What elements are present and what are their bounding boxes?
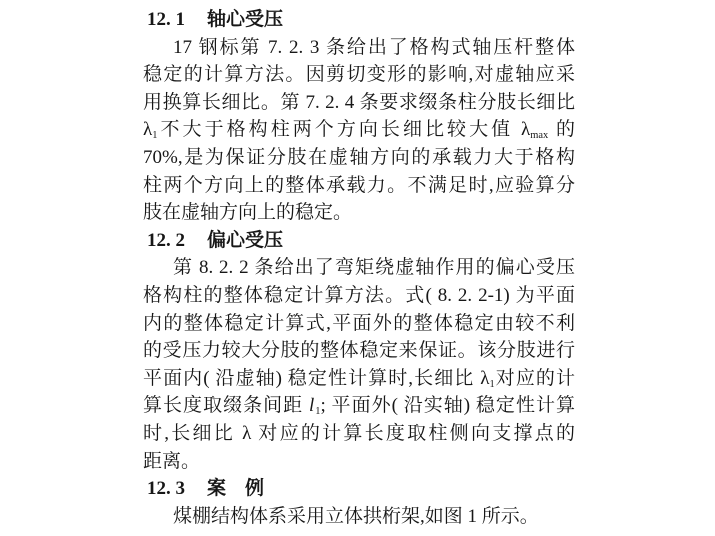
heading-title: 案 例 xyxy=(207,478,264,499)
text-run: 平面内( 沿虚轴) 稳定性计算时,长细比 λ xyxy=(143,368,489,389)
text-run: 第 8. 2. 2 条给出了弯矩绕虚轴作用的偏心受压 xyxy=(173,257,575,278)
text-run: 对应的计 xyxy=(495,368,575,389)
text-run: 不大于格构柱两个方向长细比较大值 λ xyxy=(157,119,530,140)
text-run: 的 xyxy=(548,119,575,140)
text-line: 的受压力较大分肢的整体稳定来保证。该分肢进行 xyxy=(143,337,575,365)
heading-number: 12. 3 xyxy=(147,478,185,499)
text-line: 平面内( 沿虚轴) 稳定性计算时,长细比 λ1对应的计 xyxy=(143,365,575,393)
text-line: 柱两个方向上的整体承载力。不满足时,应验算分 xyxy=(143,172,575,200)
text-run: 格构柱的整体稳定计算方法。式( 8. 2. 2-1) 为平面 xyxy=(143,285,575,306)
text-line: 时,长细比 λ 对应的计算长度取柱侧向支撑点的 xyxy=(143,420,575,448)
text-run: 70%,是为保证分肢在虚轴方向的承载力大于格构 xyxy=(143,147,575,168)
text-line: 肢在虚轴方向上的稳定。 xyxy=(143,199,575,227)
text-line: 格构柱的整体稳定计算方法。式( 8. 2. 2-1) 为平面 xyxy=(143,282,575,310)
text-run: 内的整体稳定计算式,平面外的整体稳定由较不利 xyxy=(143,313,575,334)
text-run: 用换算长细比。第 7. 2. 4 条要求缀条柱分肢长细比 xyxy=(143,92,575,113)
text-run: 煤棚结构体系采用立体拱桁架,如图 1 所示。 xyxy=(173,506,539,527)
text-run: λ xyxy=(143,119,152,140)
text-run: 的受压力较大分肢的整体稳定来保证。该分肢进行 xyxy=(143,340,575,361)
heading-title: 偏心受压 xyxy=(207,230,283,251)
text-line: 煤棚结构体系采用立体拱桁架,如图 1 所示。 xyxy=(143,503,575,531)
text-run: 稳定的计算方法。因剪切变形的影响,对虚轴应采 xyxy=(143,64,575,85)
text-line: 70%,是为保证分肢在虚轴方向的承载力大于格构 xyxy=(143,144,575,172)
document-page: 12. 1轴心受压17 钢标第 7. 2. 3 条给出了格构式轴压杆整体稳定的计… xyxy=(0,0,715,536)
text-run: 17 钢标第 7. 2. 3 条给出了格构式轴压杆整体 xyxy=(173,37,575,58)
text-line: 用换算长细比。第 7. 2. 4 条要求缀条柱分肢长细比 xyxy=(143,89,575,117)
heading-title: 轴心受压 xyxy=(207,9,283,30)
text-run: ; 平面外( 沿实轴) 稳定性计算 xyxy=(320,395,575,416)
text-run: 时,长细比 λ 对应的计算长度取柱侧向支撑点的 xyxy=(143,423,575,444)
text-column: 12. 1轴心受压17 钢标第 7. 2. 3 条给出了格构式轴压杆整体稳定的计… xyxy=(143,6,575,530)
text-line: 内的整体稳定计算式,平面外的整体稳定由较不利 xyxy=(143,310,575,338)
text-run: 柱两个方向上的整体承载力。不满足时,应验算分 xyxy=(143,175,575,196)
text-run: 肢在虚轴方向上的稳定。 xyxy=(143,202,352,223)
text-run: 距离。 xyxy=(143,451,200,472)
text-line: 17 钢标第 7. 2. 3 条给出了格构式轴压杆整体 xyxy=(143,34,575,62)
heading-number: 12. 1 xyxy=(147,9,185,30)
heading-number: 12. 2 xyxy=(147,230,185,251)
subscript: max xyxy=(530,130,548,141)
section-heading: 12. 3案 例 xyxy=(143,475,575,503)
text-run: 算长度取缀条间距 xyxy=(143,395,309,416)
text-line: 距离。 xyxy=(143,448,575,476)
text-line: 算长度取缀条间距 l1; 平面外( 沿实轴) 稳定性计算 xyxy=(143,392,575,420)
section-heading: 12. 1轴心受压 xyxy=(143,6,575,34)
text-line: 稳定的计算方法。因剪切变形的影响,对虚轴应采 xyxy=(143,61,575,89)
text-line: λ1不大于格构柱两个方向长细比较大值 λmax 的 xyxy=(143,116,575,144)
section-heading: 12. 2偏心受压 xyxy=(143,227,575,255)
text-line: 第 8. 2. 2 条给出了弯矩绕虚轴作用的偏心受压 xyxy=(143,254,575,282)
